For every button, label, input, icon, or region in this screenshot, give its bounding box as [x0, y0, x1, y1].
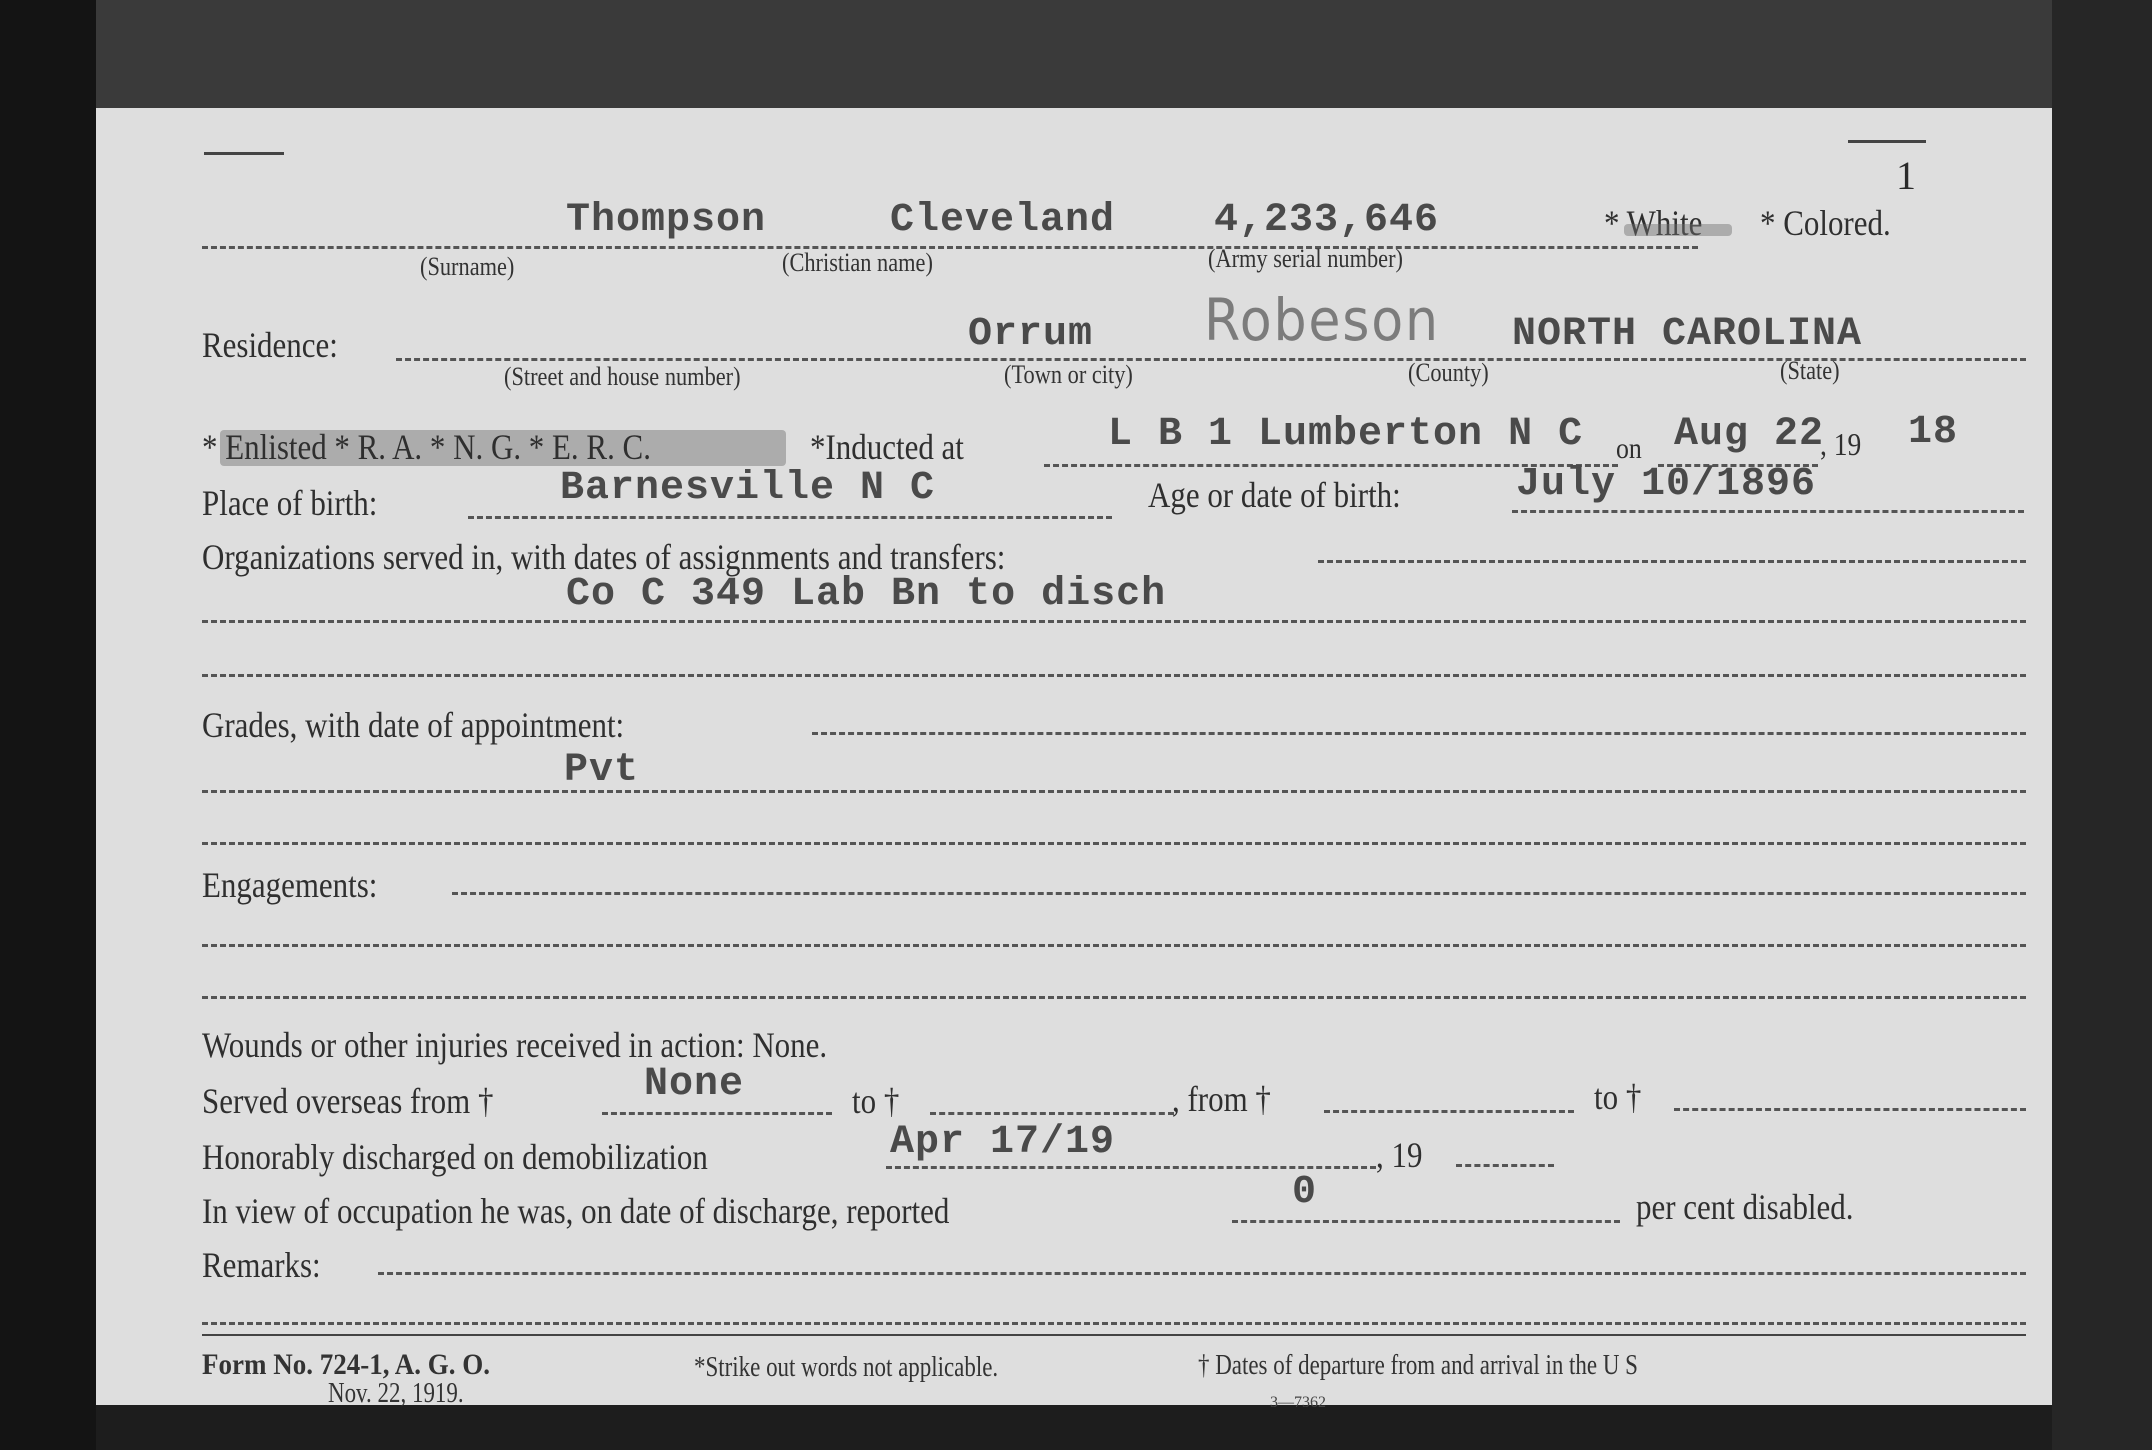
discharge-label: Honorably discharged on demobilization: [202, 1136, 708, 1178]
disability-suffix: per cent disabled.: [1636, 1186, 1853, 1228]
scan-background-right: [2052, 0, 2152, 1450]
overseas-from2-label: , from †: [1172, 1078, 1271, 1120]
grades-line-3: [202, 842, 2026, 845]
overseas-from-value: None: [644, 1062, 744, 1107]
residence-label: Residence:: [202, 324, 338, 366]
remarks-label: Remarks:: [202, 1244, 321, 1286]
enlistment-options: * Enlisted * R. A. * N. G. * E. R. C.: [202, 426, 651, 468]
induction-year-prefix: , 19: [1820, 426, 1861, 463]
form-number: Form No. 724-1, A. G. O.: [202, 1348, 490, 1382]
form-date: Nov. 22, 1919.: [328, 1378, 464, 1410]
footnote-dates: † Dates of departure from and arrival in…: [1198, 1350, 1638, 1382]
place-of-birth-line: [468, 516, 1112, 519]
overseas-to2-line: [1674, 1108, 2026, 1111]
disability-label: In view of occupation he was, on date of…: [202, 1190, 949, 1232]
engagements-line-3: [202, 996, 2026, 999]
state-label: (State): [1780, 356, 1840, 386]
overseas-to-line: [930, 1112, 1174, 1115]
grades-label: Grades, with date of appointment:: [202, 704, 624, 746]
place-of-birth-value: Barnesville N C: [560, 466, 935, 511]
overseas-from2-line: [1324, 1110, 1574, 1113]
serial-number-label: (Army serial number): [1208, 244, 1403, 274]
overseas-to2-label: to †: [1594, 1076, 1641, 1118]
organizations-value: Co C 349 Lab Bn to disch: [566, 572, 1166, 617]
induction-year-suffix: 18: [1908, 410, 1958, 455]
disability-line: [1232, 1220, 1620, 1223]
overseas-from-label: Served overseas from †: [202, 1080, 493, 1122]
scan-background-left: [0, 0, 96, 1450]
grades-line-2: [202, 790, 2026, 793]
county-value-handwritten: Robeson: [1204, 286, 1440, 354]
remarks-line-1: [378, 1272, 2026, 1275]
print-code: 3—7362: [1270, 1394, 1326, 1412]
service-record-card: 1 Thompson Cleveland 4,233,646 * White *…: [96, 108, 2052, 1405]
inducted-at-value: L B 1 Lumberton N C: [1108, 412, 1583, 457]
christian-name-value: Cleveland: [890, 198, 1115, 243]
top-right-mark: [1848, 140, 1926, 143]
disability-value: 0: [1292, 1170, 1317, 1215]
organizations-line-1: [1318, 560, 2026, 563]
card-number: 1: [1896, 152, 1916, 199]
remarks-line-2: [202, 1322, 2026, 1325]
inducted-at-label: *Inducted at: [810, 426, 964, 468]
engagements-line-1: [452, 892, 2026, 895]
grades-value: Pvt: [564, 748, 639, 793]
discharge-date-value: Apr 17/19: [890, 1120, 1115, 1165]
date-of-birth-line: [1512, 510, 2024, 513]
grades-line-1: [812, 732, 2026, 735]
scan-background-bottom: [96, 1405, 2052, 1450]
organizations-line-3: [202, 674, 2026, 677]
street-label: (Street and house number): [504, 362, 741, 392]
overseas-from-line: [602, 1112, 832, 1115]
induction-date-value: Aug 22: [1674, 412, 1824, 457]
name-line: [202, 246, 1698, 249]
footer-divider: [202, 1334, 2026, 1336]
discharge-date-line: [886, 1166, 1376, 1169]
wounds-label: Wounds or other injuries received in act…: [202, 1024, 827, 1066]
state-value: NORTH CAROLINA: [1512, 312, 1862, 357]
town-value: Orrum: [968, 312, 1093, 357]
organizations-line-2: [202, 620, 2026, 623]
engagements-line-2: [202, 944, 2026, 947]
town-label: (Town or city): [1004, 360, 1133, 390]
date-of-birth-label: Age or date of birth:: [1148, 474, 1401, 516]
top-left-mark: [204, 152, 284, 155]
county-label: (County): [1408, 358, 1489, 388]
christian-name-label: (Christian name): [782, 248, 933, 278]
discharge-year-label: , 19: [1376, 1134, 1422, 1176]
overseas-to-label: to †: [852, 1080, 899, 1122]
place-of-birth-label: Place of birth:: [202, 482, 377, 524]
on-label: on: [1616, 432, 1642, 466]
surname-label: (Surname): [420, 252, 514, 282]
discharge-year-line: [1456, 1164, 1554, 1167]
engagements-label: Engagements:: [202, 864, 377, 906]
race-option-colored: * Colored.: [1760, 202, 1891, 244]
surname-value: Thompson: [566, 198, 766, 243]
race-option-white: * White: [1604, 202, 1702, 244]
date-of-birth-value: July 10/1896: [1516, 462, 1816, 507]
strike-white: [1624, 224, 1732, 236]
serial-number-value: 4,233,646: [1214, 198, 1439, 243]
scan-background-top: [96, 0, 2052, 108]
footnote-strike: *Strike out words not applicable.: [694, 1352, 998, 1384]
